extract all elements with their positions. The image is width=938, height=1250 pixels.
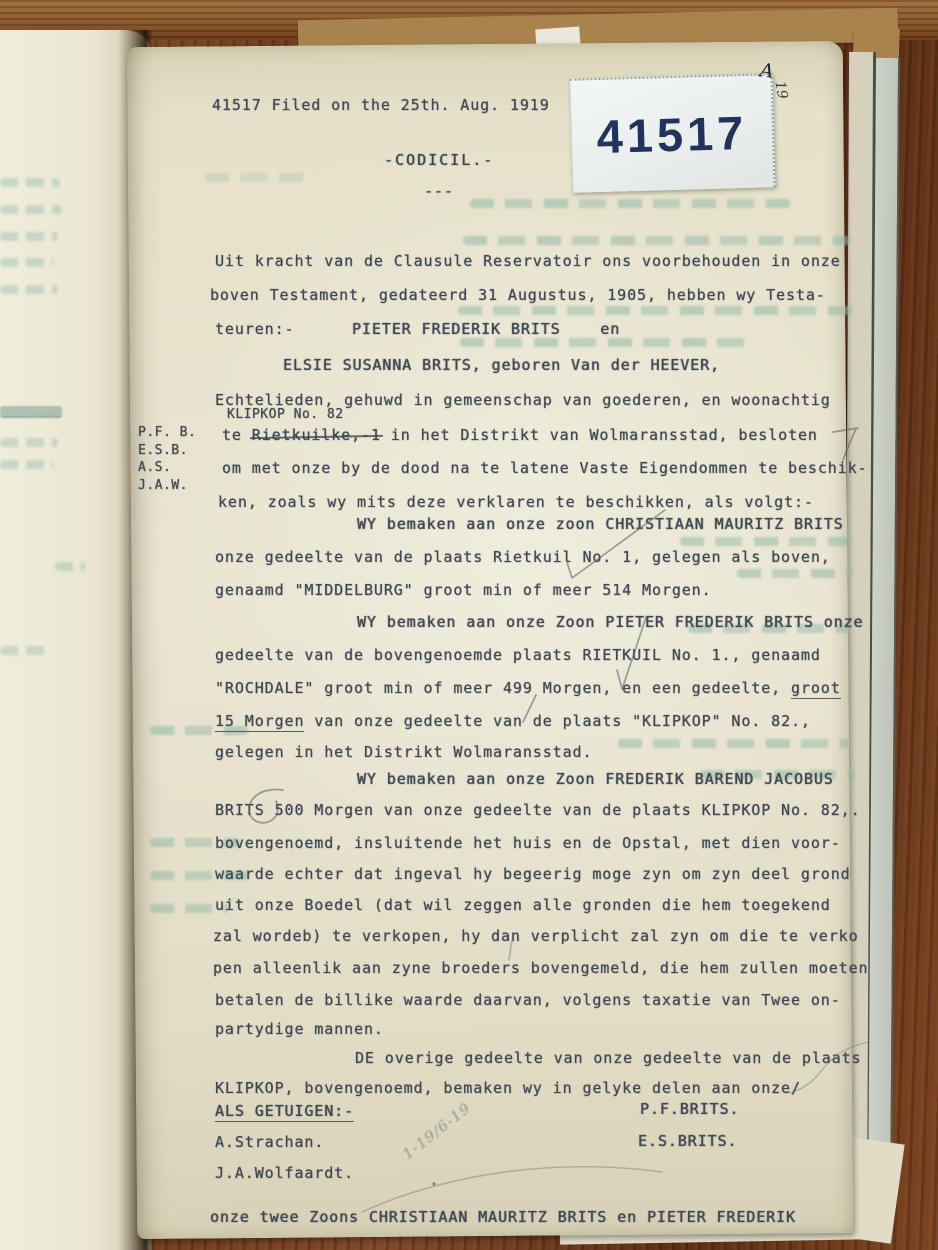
bleed-through-text xyxy=(0,646,50,655)
typed-line: ken, zoals wy mits deze verklaren te bes… xyxy=(218,493,814,511)
line-text: "ROCHDALE" groot min of meer 499 Morgen,… xyxy=(215,679,791,697)
bleed-through-text xyxy=(458,306,854,315)
typed-line-with-underline: "ROCHDALE" groot min of meer 499 Morgen,… xyxy=(215,679,841,697)
typed-line: teuren:- xyxy=(215,320,294,338)
bequest-line: WY bemaken aan onze Zoon PIETER FREDERIK… xyxy=(357,613,863,631)
typed-line: gedeelte van de bovengenoemde plaats RIE… xyxy=(215,646,821,664)
typed-line: gelegen in het Distrikt Wolmaransstad. xyxy=(215,743,592,761)
typed-line: om met onze by de dood na te latene Vast… xyxy=(222,459,868,477)
typed-line: zal wordeb) te verkopen, hy dan verplich… xyxy=(213,927,859,945)
handwritten-letter-a: A xyxy=(759,59,775,82)
document-title: -CODICIL.- xyxy=(384,151,494,169)
margin-initial: P.F. B. xyxy=(138,425,196,440)
bleed-through-text xyxy=(0,285,58,294)
bleed-through-text xyxy=(0,438,58,447)
typed-line: onze twee Zoons CHRISTIAAN MAURITZ BRITS… xyxy=(210,1208,796,1226)
amended-line-pre: te xyxy=(222,426,252,444)
typed-line: waarde echter dat ingeval hy begeerig mo… xyxy=(215,865,851,883)
typed-line: uit onze Boedel (dat wil zeggen alle gro… xyxy=(215,896,831,914)
margin-initial: A.S. xyxy=(138,460,171,475)
typed-line: pen alleenlik aan zyne broeders bovengem… xyxy=(213,959,868,977)
margin-initial: J.A.W. xyxy=(138,478,188,493)
typed-line: partydige mannen. xyxy=(215,1020,384,1038)
typed-line: onze gedeelte van de plaats Rietkuil No.… xyxy=(215,548,831,566)
typed-line: KLIPKOP, bovengenoemd, bemaken wy in gel… xyxy=(215,1079,801,1097)
bleed-through-text xyxy=(0,232,58,241)
amended-line: te Rietkuilke,-1 in het Distrikt van Wol… xyxy=(222,426,818,444)
bleed-through-text xyxy=(0,205,62,214)
interline-insertion: KLIPKOP No. 82 xyxy=(227,407,344,422)
amended-line-post: in het Distrikt van Wolmaransstad, beslo… xyxy=(381,426,818,444)
typed-line: betalen de billike waarde daarvan, volge… xyxy=(215,991,841,1009)
file-number: 41517 xyxy=(596,104,748,163)
typed-line: BRITS 500 Morgen van onze gedeelte van d… xyxy=(215,801,861,819)
bleed-through-text xyxy=(460,338,752,347)
typed-line: bovengenoemd, insluitende het huis en de… xyxy=(215,834,841,852)
bequest-line: WY bemaken aan onze Zoon FREDERIK BAREND… xyxy=(357,770,834,788)
testatrix-name-line: ELSIE SUSANNA BRITS, geboren Van der HEE… xyxy=(283,356,720,374)
signature: P.F.BRITS. xyxy=(640,1100,739,1118)
file-number-label: 41517 xyxy=(569,73,775,193)
witness-signature: J.A.Wolfaardt. xyxy=(215,1164,354,1182)
bleed-through-text xyxy=(0,178,60,187)
bleed-through-text xyxy=(618,739,850,748)
underlined-text: groot xyxy=(791,679,841,699)
bleed-through-text xyxy=(0,460,54,469)
margin-initials: P.F. B.E.S.B.A.S.J.A.W. xyxy=(138,424,196,494)
struck-text: Rietkuilke,-1 xyxy=(252,426,381,444)
margin-initial: E.S.B. xyxy=(138,443,188,458)
bequest-line: WY bemaken aan onze zoon CHRISTIAAN MAUR… xyxy=(357,515,844,533)
filed-stamp-line: 41517 Filed on the 25th. Aug. 1919 xyxy=(212,96,550,114)
bleed-through-text xyxy=(737,569,853,578)
bleed-through-text xyxy=(463,236,851,245)
bleed-through-text xyxy=(470,199,790,208)
typed-line: DE overige gedeelte van onze gedeelte va… xyxy=(355,1049,861,1067)
typed-line: boven Testament, gedateerd 31 Augustus, … xyxy=(210,286,826,304)
bleed-through-text xyxy=(55,562,85,571)
typed-line-with-underline: 15 Morgen van onze gedeelte van de plaat… xyxy=(215,712,811,730)
witness-heading: ALS GETUIGEN:- xyxy=(215,1102,354,1120)
typed-line: Uit kracht van de Clausule Reservatoir o… xyxy=(215,252,841,270)
bleed-through-text xyxy=(205,173,315,182)
handwritten-number: 19 xyxy=(771,80,790,100)
bleed-through-text xyxy=(680,537,852,546)
title-dashes: --- xyxy=(424,182,454,200)
bleed-through-text xyxy=(0,406,62,418)
scanned-document-photo: 41517 Filed on the 25th. Aug. 1919 -CODI… xyxy=(0,0,938,1250)
typed-line: genaamd "MIDDELBURG" groot min of meer 5… xyxy=(215,581,712,599)
underlined-text: 15 Morgen xyxy=(215,712,304,732)
witness-signature: A.Strachan. xyxy=(215,1133,324,1151)
testator-name-line: PIETER FREDERIK BRITS en xyxy=(352,320,620,338)
underlined-text: ALS GETUIGEN:- xyxy=(215,1102,354,1122)
bleed-through-text xyxy=(0,258,54,267)
line-text: van onze gedeelte van de plaats "KLIPKOP… xyxy=(304,712,810,730)
signature: E.S.BRITS. xyxy=(638,1132,737,1150)
